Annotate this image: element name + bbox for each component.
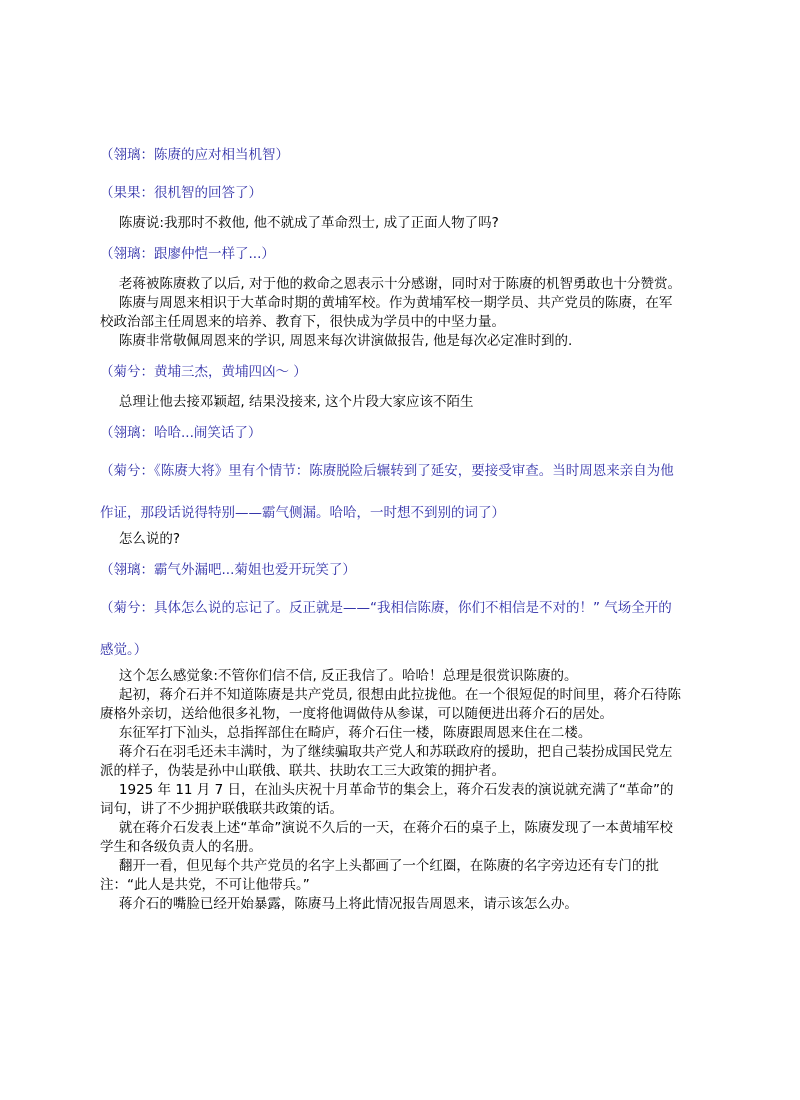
body-paragraph: 1925 年 11 月 7 日，在汕头庆祝十月革命节的集会上，蒋介石发表的演说就… [100, 781, 684, 819]
spacer [100, 351, 684, 363]
document-page: （翎璃：陈赓的应对相当机智） （果果：很机智的回答了） 陈赓说:我那时不救他, … [100, 146, 684, 914]
comment-line: （果果：很机智的回答了） [100, 184, 684, 202]
comment-line: （翎璃：跟廖仲恺一样了...） [100, 245, 684, 263]
spacer [100, 164, 684, 184]
body-paragraph: 这个怎么感觉象:不管你们信不信, 反正我信了。哈哈！总理是很赏识陈赓的。 [100, 667, 684, 686]
comment-paragraph: （菊兮：《陈赓大将》里有个情节：陈赓脱险后辗转到了延安，要接受审查。当时周恩来亲… [100, 450, 684, 534]
body-paragraph: 蒋介石在羽毛还未丰满时，为了继续骗取共产党人和苏联政府的援助，把自己装扮成国民党… [100, 743, 684, 781]
spacer [100, 233, 684, 245]
comment-line: （菊兮：黄埔三杰，黄埔四凶～ ） [100, 363, 684, 381]
spacer [100, 549, 684, 561]
comment-paragraph: （菊兮：具体怎么说的忘记了。反正就是——“我相信陈赓，你们不相信是不对的！” 气… [100, 587, 684, 671]
body-paragraph: 蒋介石的嘴脸已经开始暴露，陈赓马上将此情况报告周恩来，请示该怎么办。 [100, 895, 684, 914]
body-paragraph: 陈赓说:我那时不救他, 他不就成了革命烈士, 成了正面人物了吗? [100, 214, 684, 233]
comment-line: （翎璃：陈赓的应对相当机智） [100, 146, 684, 164]
body-paragraph: 老蒋被陈赓救了以后, 对于他的救命之恩表示十分感谢，同时对于陈赓的机智勇敢也十分… [100, 275, 684, 294]
spacer [100, 202, 684, 214]
spacer [100, 263, 684, 275]
body-paragraph: 东征军打下汕头，总指挥部住在畸庐，蒋介石住一楼，陈赓跟周恩来住在二楼。 [100, 724, 684, 743]
body-paragraph: 就在蒋介石发表上述“革命”演说不久后的一天，在蒋介石的桌子上，陈赓发现了一本黄埔… [100, 819, 684, 857]
body-paragraph: 陈赓与周恩来相识于大革命时期的黄埔军校。作为黄埔军校一期学员、共产党员的陈赓，在… [100, 294, 684, 332]
body-paragraph: 起初，蒋介石并不知道陈赓是共产党员, 很想由此拉拢他。在一个很短促的时间里，蒋介… [100, 686, 684, 724]
comment-line: （翎璃：哈哈...闹笑话了） [100, 424, 684, 442]
body-paragraph: 总理让他去接邓颖超, 结果没接来, 这个片段大家应该不陌生 [100, 393, 684, 412]
body-paragraph: 翻开一看，但见每个共产党员的名字上头都画了一个红圈，在陈赓的名字旁边还有专门的批… [100, 857, 684, 895]
comment-line: （翎璃：霸气外漏吧...菊姐也爱开玩笑了） [100, 561, 684, 579]
spacer [100, 381, 684, 393]
spacer [100, 412, 684, 424]
body-paragraph: 陈赓非常敬佩周恩来的学识, 周恩来每次讲演做报告, 他是每次必定准时到的. [100, 332, 684, 351]
